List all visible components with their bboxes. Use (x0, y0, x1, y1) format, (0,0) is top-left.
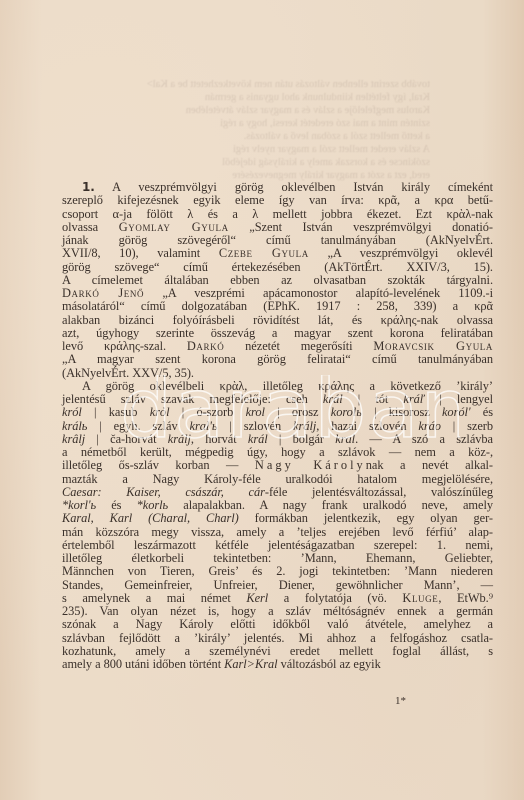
text-run: (AkNyelvÉrt. XXV/5, 35). (62, 366, 194, 380)
author-name: Gyomlay Gyula (119, 220, 229, 234)
document-body: 1. A veszprémvölgyi görög oklevélben Ist… (62, 181, 493, 671)
text-run: a folytatója (vö. (268, 591, 402, 605)
italic-term: Karl>Kral (224, 657, 277, 671)
text-run: csoport α-ja fölött λ és a λ mellett job… (62, 207, 493, 221)
text-run: A címelemet általában ebben az olvasatba… (62, 273, 493, 287)
text-run: értelemből leszármazott kétféle jelentés… (62, 538, 493, 552)
text-run: levő κράλης-szal. (62, 339, 187, 353)
italic-term: koról' (442, 405, 471, 419)
text-line: jának görög szövegéről“ című tanulmányáb… (62, 234, 493, 247)
text-run: | kasub (82, 405, 150, 419)
text-run: változásból az egyik (278, 657, 381, 671)
text-run: A veszprémvölgyi görög oklevélben István… (95, 180, 493, 194)
text-run: a németből került, mégpedig úgy, hogy a … (62, 445, 493, 459)
text-run: | ča-horvát (85, 432, 168, 446)
text-line: szlávban fejlődött a ’király’ jelentés. … (62, 632, 493, 645)
bleed-through-text: tovább szerint ellenben változás után ne… (70, 78, 430, 182)
text-run: nézetét megerősíti (224, 339, 373, 353)
italic-term: kráo (418, 419, 441, 433)
text-run: illetőleg ős-szláv korban — (62, 458, 255, 472)
italic-term: *korl'ь (62, 498, 96, 512)
italic-term: król (62, 405, 82, 419)
text-run: jelentésű szláv szavak megfelelője: cseh (62, 392, 323, 406)
text-run: Standes, Gemeinfreier, Unfreier, Diener,… (62, 578, 493, 592)
italic-term: králь (62, 419, 87, 433)
text-line: alakban bizánci folyóírásbeli rövidítést… (62, 314, 493, 327)
text-run: nak a nevét alkal- (366, 458, 493, 472)
text-run: másolatáról“ című dolgozatában (EPhK. 19… (62, 299, 493, 313)
text-run: jának görög szövegéről“ című tanulmányáb… (62, 233, 493, 247)
text-run: szereplő kifejezésnek egyik eleme így va… (62, 193, 493, 207)
text-run: „A magyar szent korona görög feliratai“ … (62, 352, 493, 366)
text-line: (AkNyelvÉrt. XXV/5, 35). (62, 367, 493, 380)
author-name: Darkó (187, 339, 224, 353)
text-line: jelentésű szláv szavak megfelelője: cseh… (62, 393, 493, 406)
section-number: 1. (82, 180, 95, 194)
text-run: Nagy Károly (255, 458, 366, 472)
text-line: azt, úgyhogy szerinte összevág a magyar … (62, 327, 493, 340)
text-line: król | kasub krỏl | ó-szorb krol | orosz… (62, 406, 493, 419)
text-run: szlávban fejlődött a ’király’ jelentés. … (62, 631, 493, 645)
text-line: szónak a Nagy Károly előtti időkből való… (62, 618, 493, 631)
text-run: szónak a Nagy Károly előtti időkből való… (62, 617, 493, 631)
text-line: *korl'ь és *korlь alapalakban. A nagy fr… (62, 499, 493, 512)
text-run: , EtWb.⁹ (438, 591, 493, 605)
text-run: | ó-szorb (169, 405, 245, 419)
text-run: formákban jelentkezik, egy olyan ger- (239, 511, 493, 525)
text-line: levő κράλης-szal. Darkó nézetét megerősí… (62, 340, 493, 353)
text-line: krâlj | ča-horvát králj, horvát král | b… (62, 433, 493, 446)
text-run: | egyh. szláv (87, 419, 189, 433)
author-name: Czebe Gyula (219, 246, 309, 260)
text-run: , horvát (191, 432, 248, 446)
italic-term: králj (168, 432, 191, 446)
text-line: XVII/8, 10), valamint Czebe Gyula „A ves… (62, 247, 493, 260)
italic-term: krol (246, 405, 265, 419)
text-run: alapalakban. A nagy frank uralkodó neve,… (168, 498, 493, 512)
text-run: | szerb (441, 419, 493, 433)
text-line: králь | egyh. szláv kral'ь | szlovén krá… (62, 420, 493, 433)
text-run: olvassa (62, 220, 119, 234)
text-run: illetőleg életkorbeli tekintetben: ’Mann… (62, 551, 493, 565)
text-run: | lengyel (424, 392, 493, 406)
italic-term: králj (293, 419, 316, 433)
text-line: kozhatunk, amely a személynévi eredet me… (62, 645, 493, 658)
text-line: Karal, Karl (Charal, Charl) formákban je… (62, 512, 493, 525)
text-run: mazták a Nagy Károly-féle uralkodói hata… (62, 472, 493, 486)
text-line: Standes, Gemeinfreier, Unfreier, Diener,… (62, 579, 493, 592)
paragraph: A görög oklevélbeli κρὰλ, illetőleg κράλ… (62, 380, 493, 672)
text-line: „A magyar szent korona görög feliratai“ … (62, 353, 493, 366)
text-run: Männchen von Tieren, Greis’ és 2. jogi t… (62, 564, 493, 578)
text-line: másolatáról“ című dolgozatában (EPhK. 19… (62, 300, 493, 313)
text-run: azt, úgyhogy szerinte összevág a magyar … (62, 326, 493, 340)
text-line: csoport α-ja fölött λ és a λ mellett job… (62, 208, 493, 221)
text-run: | orosz (265, 405, 331, 419)
text-line: szereplő kifejezésnek egyik eleme így va… (62, 194, 493, 207)
text-run: -féle jelentésváltozással, valószínűleg (265, 485, 493, 499)
page-number: 1* (395, 695, 406, 707)
bleed-line: Karolus megfelelője a szláv és a magyar … (70, 104, 430, 117)
text-line: értelemből leszármazott kétféle jelentés… (62, 539, 493, 552)
text-line: mazták a Nagy Károly-féle uralkodói hata… (62, 473, 493, 486)
text-run: A görög oklevélbeli κρὰλ, illetőleg κράλ… (82, 379, 493, 393)
text-run: „A veszprémi apácamonostor alapító-level… (144, 286, 493, 300)
italic-term: kráľ (403, 392, 424, 406)
text-run: | kisorosz (362, 405, 442, 419)
text-line: A címelemet általában ebben az olvasatba… (62, 274, 493, 287)
italic-term: král (248, 432, 268, 446)
text-line: 1. A veszprémvölgyi görög oklevélben Ist… (62, 181, 493, 194)
bleed-line: A szláv eredet mellett szól a magyar nye… (70, 143, 430, 156)
italic-term: *korlь (137, 498, 169, 512)
text-line: Männchen von Tieren, Greis’ és 2. jogi t… (62, 565, 493, 578)
italic-term: Karal, Karl (Charal, Charl) (62, 511, 239, 525)
text-line: A görög oklevélbeli κρὰλ, illetőleg κράλ… (62, 380, 493, 393)
text-run: „A veszprémvölgyi oklevél (309, 246, 493, 260)
text-run: és (96, 498, 137, 512)
text-run: „Szent István veszprémvölgyi donatió- (229, 220, 493, 234)
text-run: amely a 800 utáni időben történt (62, 657, 224, 671)
text-run: 235). Van olyan nézet is, hogy a szláv m… (62, 604, 493, 618)
text-run: görög szövege“ című értekezésében (AkTör… (62, 260, 493, 274)
author-name: Kluge (402, 591, 438, 605)
text-run: és (470, 405, 493, 419)
author-name: Moravcsik Gyula (373, 339, 493, 353)
text-line: olvassa Gyomlay Gyula „Szent István vesz… (62, 221, 493, 234)
text-line: illetőleg ős-szláv korban — Nagy Károlyn… (62, 459, 493, 472)
text-run: , hazai szlovén (316, 419, 418, 433)
text-line: s amelynek a mai német Kerl a folytatója… (62, 592, 493, 605)
text-line: mán közszóra megy vissza, amely a ’telje… (62, 526, 493, 539)
text-run: . — A szó a szlávba (355, 432, 493, 446)
text-line: a németből került, mégpedig úgy, hogy a … (62, 446, 493, 459)
text-run: kozhatunk, amely a személynévi eredet me… (62, 644, 493, 658)
bleed-line: a kettő mellett szól a szóban levő a vál… (70, 130, 430, 143)
italic-term: korolь (331, 405, 362, 419)
text-run: s amelynek a mai német (62, 591, 246, 605)
italic-term: krâlj (62, 432, 85, 446)
text-run: | tót (343, 392, 404, 406)
italic-term: kral (335, 432, 355, 446)
paragraph: 1. A veszprémvölgyi görög oklevélben Ist… (62, 181, 493, 380)
italic-term: kral'ь (190, 419, 218, 433)
bleed-line: Kral, így feltétlen kiindulnunk ahol ugy… (70, 91, 430, 104)
text-run: mán közszóra megy vissza, amely a ’telje… (62, 525, 493, 539)
text-run: XVII/8, 10), valamint (62, 246, 219, 260)
text-line: amely a 800 utáni időben történt Karl>Kr… (62, 658, 493, 671)
text-run: | szlovén (217, 419, 293, 433)
italic-term: krỏl (150, 405, 170, 419)
text-line: Darkó Jenő „A veszprémi apácamonostor al… (62, 287, 493, 300)
bleed-line: tovább szerint ellenben változás után ne… (70, 78, 430, 91)
author-name: Darkó Jenő (62, 286, 144, 300)
text-line: görög szövege“ című értekezésében (AkTör… (62, 261, 493, 274)
text-line: illetőleg életkorbeli tekintetben: ’Mann… (62, 552, 493, 565)
text-line: Caesar: Kaiser, császár, cár-féle jelent… (62, 486, 493, 499)
text-line: 235). Van olyan nézet is, hogy a szláv m… (62, 605, 493, 618)
italic-term: král (323, 392, 343, 406)
text-run: alakban bizánci folyóírásbeli rövidítést… (62, 313, 493, 327)
bleed-line: szintén mint a mai szó eredetét keresi, … (70, 117, 430, 130)
italic-term: Caesar: Kaiser, császár, cár (62, 485, 265, 499)
text-run: | bolgár (268, 432, 336, 446)
italic-term: Kerl (246, 591, 268, 605)
bleed-line: szókincse és a korszak amely a királyság… (70, 156, 430, 169)
